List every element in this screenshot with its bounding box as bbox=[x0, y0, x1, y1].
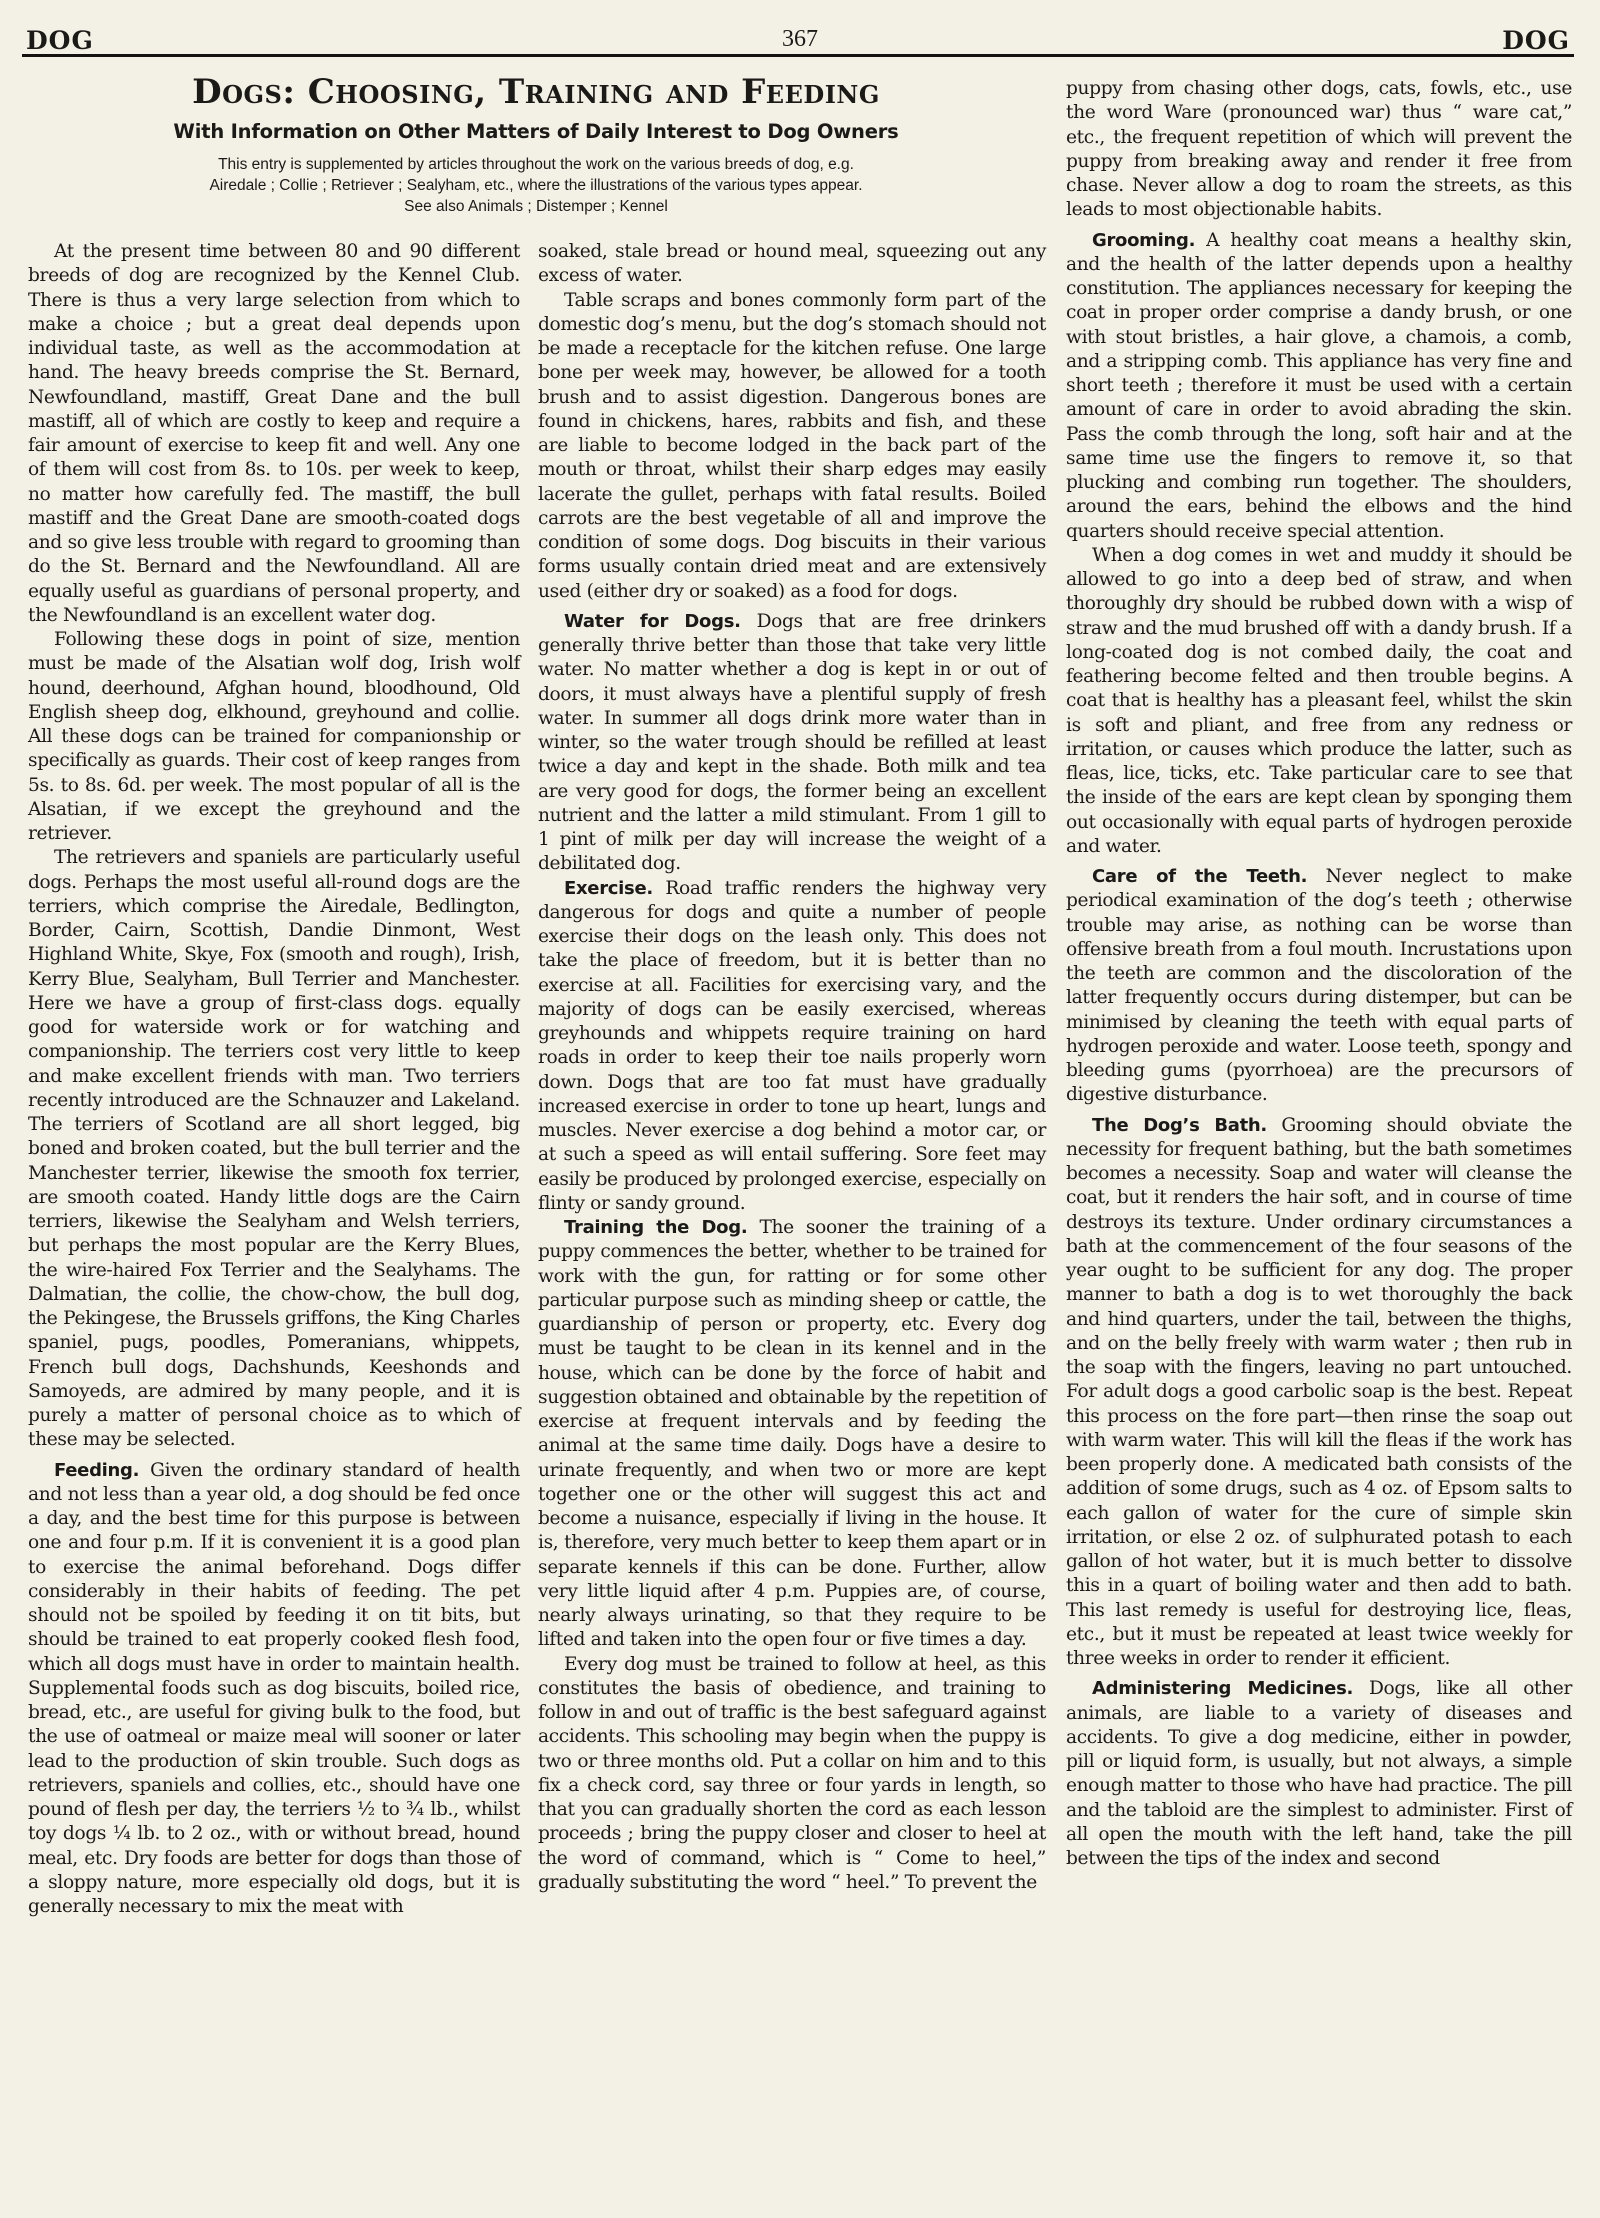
paragraph-table-scraps: Table scraps and bones commonly form par… bbox=[538, 289, 1046, 604]
column-3: puppy from chasing other dogs, cats, fow… bbox=[1066, 77, 1572, 1871]
article-title-block: Dogs: Choosing, Training and Feeding Wit… bbox=[26, 70, 1046, 217]
header-rule bbox=[22, 54, 1574, 57]
heading-the-dogs-bath: The Dog’s Bath. bbox=[1092, 1115, 1267, 1136]
running-head-right: DOG bbox=[1502, 26, 1570, 55]
section-dogs-bath: The Dog’s Bath. Grooming should obviate … bbox=[1066, 1114, 1572, 1672]
cross-reference-note-line-2: Airedale ; Collie ; Retriever ; Sealyham… bbox=[26, 175, 1046, 196]
paragraph-terriers: The retrievers and spaniels are particul… bbox=[28, 846, 520, 1452]
medicine-text: Dogs, like all other animals, are liable… bbox=[1066, 1678, 1572, 1869]
grooming-text: A healthy coat means a healthy skin, and… bbox=[1066, 230, 1572, 542]
article-subtitle: With Information on Other Matters of Dai… bbox=[26, 118, 1046, 146]
section-care-of-teeth: Care of the Teeth. Never neglect to make… bbox=[1066, 865, 1572, 1108]
see-also-line: See also Animals ; Distemper ; Kennel bbox=[26, 196, 1046, 217]
heading-feeding: Feeding. bbox=[54, 1460, 139, 1481]
section-water: Water for Dogs. Dogs that are free drink… bbox=[538, 610, 1046, 877]
training-text: The sooner the training of a puppy comme… bbox=[538, 1217, 1046, 1650]
paragraph-training-continued: puppy from chasing other dogs, cats, fow… bbox=[1066, 77, 1572, 223]
article-title: Dogs: Choosing, Training and Feeding bbox=[26, 70, 1046, 114]
section-training: Training the Dog. The sooner the trainin… bbox=[538, 1216, 1046, 1653]
page-number: 367 bbox=[26, 26, 1574, 53]
heading-training-the-dog: Training the Dog. bbox=[564, 1217, 747, 1238]
heading-care-of-the-teeth: Care of the Teeth. bbox=[1092, 866, 1307, 887]
water-text: Dogs that are free drinkers generally th… bbox=[538, 611, 1046, 875]
section-grooming: Grooming. A healthy coat means a healthy… bbox=[1066, 229, 1572, 544]
section-feeding: Feeding. Given the ordinary standard of … bbox=[28, 1459, 520, 1920]
heading-grooming: Grooming. bbox=[1092, 230, 1195, 251]
exercise-text: Road traffic renders the highway very da… bbox=[538, 878, 1046, 1214]
column-1: At the present time between 80 and 90 di… bbox=[28, 240, 520, 1919]
paragraph-wet-and-muddy: When a dog comes in wet and muddy it sho… bbox=[1066, 544, 1572, 859]
heading-exercise: Exercise. bbox=[564, 878, 653, 899]
feeding-text: Given the ordinary standard of health an… bbox=[28, 1460, 520, 1918]
paragraph-breeds-intro: At the present time between 80 and 90 di… bbox=[28, 240, 520, 628]
heading-administering-medicines: Administering Medicines. bbox=[1092, 1678, 1353, 1699]
paragraph-medium-breeds: Following these dogs in point of size, m… bbox=[28, 628, 520, 846]
heading-water-for-dogs: Water for Dogs. bbox=[564, 611, 741, 632]
paragraph-feeding-continued: soaked, stale bread or hound meal, squee… bbox=[538, 240, 1046, 289]
bath-text: Grooming should obviate the necessity fo… bbox=[1066, 1115, 1572, 1670]
column-2: soaked, stale bread or hound meal, squee… bbox=[538, 240, 1046, 1895]
section-exercise: Exercise. Road traffic renders the highw… bbox=[538, 877, 1046, 1217]
running-head: DOG 367 DOG bbox=[26, 20, 1574, 56]
cross-reference-note-line-1: This entry is supplemented by articles t… bbox=[26, 154, 1046, 175]
paragraph-heel-training: Every dog must be trained to follow at h… bbox=[538, 1653, 1046, 1896]
section-administering-medicines: Administering Medicines. Dogs, like all … bbox=[1066, 1677, 1572, 1871]
teeth-text: Never neglect to make periodical examina… bbox=[1066, 866, 1572, 1105]
